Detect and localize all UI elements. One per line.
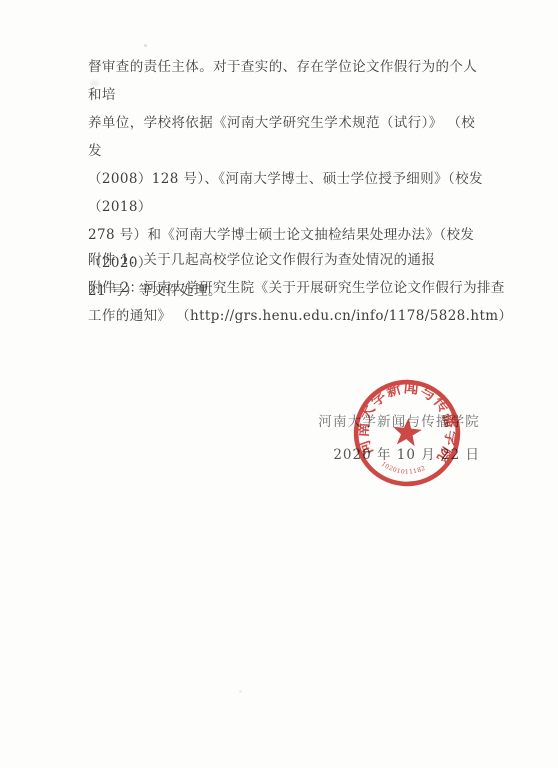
attachments-block: 附件 1：关于几起高校学位论文作假行为查处情况的通报 附件 2：河南大学研究生院… bbox=[88, 246, 508, 330]
paragraph-line: 养单位，学校将依据《河南大学研究生学术规范（试行）》 （校发 bbox=[88, 109, 488, 165]
paragraph-line: （2008）128 号）、《河南大学博士、硕士学位授予细则》（校发（2018） bbox=[88, 165, 488, 221]
paragraph-line: 督审查的责任主体。对于查实的、存在学位论文作假行为的个人和培 bbox=[88, 53, 488, 109]
scanned-document-page: 督审查的责任主体。对于查实的、存在学位论文作假行为的个人和培 养单位，学校将依据… bbox=[0, 0, 558, 768]
scan-artifact-dot bbox=[239, 690, 242, 693]
attachment-line-2: 附件 2：河南大学研究生院《关于开展研究生学位论文作假行为排查 bbox=[88, 274, 508, 302]
attachment-line-2-continued: 工作的通知》 （http://grs.henu.edu.cn/info/1178… bbox=[88, 302, 508, 330]
star-icon bbox=[391, 416, 423, 446]
official-seal: 河南大学新闻与传播学院 4102010111823 bbox=[344, 370, 469, 495]
attachment-line-1: 附件 1：关于几起高校学位论文作假行为查处情况的通报 bbox=[88, 246, 508, 274]
scan-artifact-dot bbox=[144, 44, 147, 47]
